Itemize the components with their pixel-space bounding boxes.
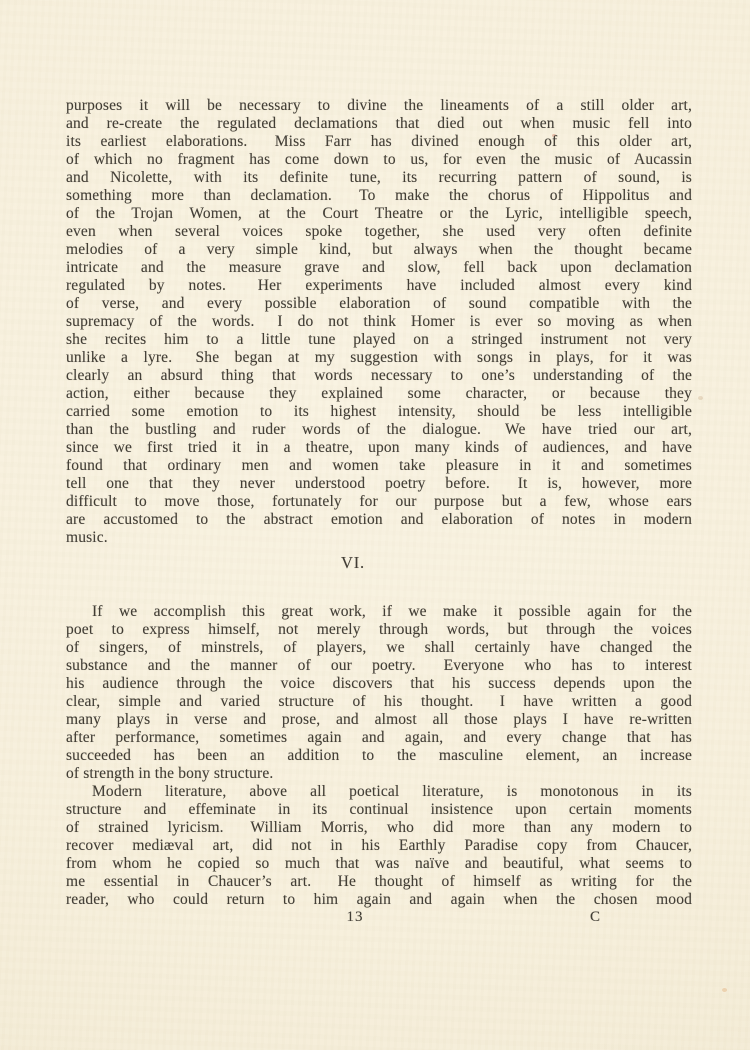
text-line: If we accomplish this great work, if we … (66, 603, 692, 621)
text-line: structure and effeminate in its continua… (66, 801, 692, 819)
text-line: purposes it will be necessary to divine … (66, 97, 692, 115)
text-line: something more than declamation. To make… (66, 187, 692, 205)
text-line: tell one that they never understood poet… (66, 475, 692, 493)
text-line: his audience through the voice discovers… (66, 675, 692, 693)
text-line: after performance, sometimes again and a… (66, 729, 692, 747)
text-line: clear, simple and varied structure of hi… (66, 693, 692, 711)
text-line: she recites him to a little tune played … (66, 331, 692, 349)
text-line: music. (66, 529, 692, 547)
paragraph: Modern literature, above all poetical li… (66, 783, 692, 909)
text-line: intricate and the measure grave and slow… (66, 259, 692, 277)
text-line: of singers, of minstrels, of players, we… (66, 639, 692, 657)
text-line: since we first tried it in a theatre, up… (66, 439, 692, 457)
paragraph: purposes it will be necessary to divine … (66, 97, 692, 547)
text-line: from whom he copied so much that was naï… (66, 855, 692, 873)
text-line: succeeded has been an addition to the ma… (66, 747, 692, 765)
text-line: regulated by notes. Her experiments have… (66, 277, 692, 295)
text-line: than the bustling and ruder words of the… (66, 421, 692, 439)
text-line: unlike a lyre. She began at my suggestio… (66, 349, 692, 367)
text-line: action, either because they explained so… (66, 385, 692, 403)
paragraph: If we accomplish this great work, if we … (66, 603, 692, 783)
section-heading: VI. (40, 553, 666, 572)
text-line: are accustomed to the abstract emotion a… (66, 511, 692, 529)
text-line: its earliest elaborations. Miss Farr has… (66, 133, 692, 151)
text-line: of strength in the bony structure. (66, 765, 692, 783)
page-footer: 13 C (66, 909, 692, 929)
text-line: supremacy of the words. I do not think H… (66, 313, 692, 331)
text-line: reader, who could return to him again an… (66, 891, 692, 909)
text-line: of verse, and every possible elaboration… (66, 295, 692, 313)
text-line: many plays in verse and prose, and almos… (66, 711, 692, 729)
text-line: and Nicolette, with its definite tune, i… (66, 169, 692, 187)
page-number: 13 (347, 909, 364, 926)
text-line: and re-create the regulated declamations… (66, 115, 692, 133)
text-line: Modern literature, above all poetical li… (66, 783, 692, 801)
text-body: purposes it will be necessary to divine … (66, 97, 692, 909)
text-line: of strained lyricism. William Morris, wh… (66, 819, 692, 837)
text-line: of the Trojan Women, at the Court Theatr… (66, 205, 692, 223)
text-line: carried some emotion to its highest inte… (66, 403, 692, 421)
signature-mark: C (590, 909, 600, 926)
text-line: me essential in Chaucer’s art. He though… (66, 873, 692, 891)
text-line: found that ordinary men and women take p… (66, 457, 692, 475)
scanned-book-page: purposes it will be necessary to divine … (0, 0, 750, 1050)
text-line: recover mediæval art, did not in his Ear… (66, 837, 692, 855)
text-line: poet to express himself, not merely thro… (66, 621, 692, 639)
text-line: clearly an absurd thing that words neces… (66, 367, 692, 385)
text-line: of which no fragment has come down to us… (66, 151, 692, 169)
paper-speck (722, 988, 727, 992)
text-line: even when several voices spoke together,… (66, 223, 692, 241)
text-line: substance and the manner of our poetry. … (66, 657, 692, 675)
text-line: melodies of a very simple kind, but alwa… (66, 241, 692, 259)
text-line: difficult to move those, fortunately for… (66, 493, 692, 511)
paper-speck (698, 396, 703, 400)
